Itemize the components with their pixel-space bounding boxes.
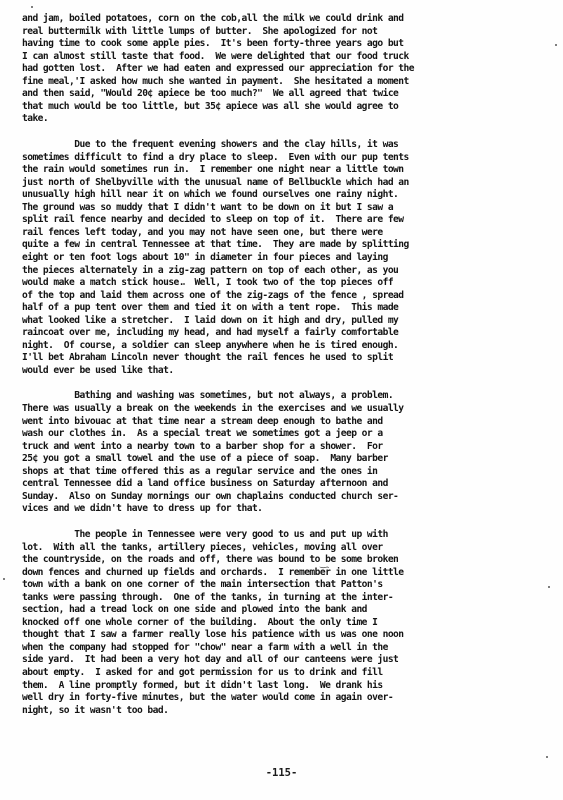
text-line: tanks were passing through. One of the t…: [22, 592, 393, 604]
text-line: the countryside, on the roads and off, t…: [22, 554, 398, 566]
text-line: them. A line promptly formed, but it did…: [22, 680, 383, 692]
text-line: of the top and laid them across one of t…: [22, 290, 404, 302]
text-line: thought that I saw a farmer really lose …: [22, 629, 404, 641]
text-line: real buttermilk with little lumps of but…: [22, 26, 377, 38]
typewritten-page: and jam, boiled potatoes, corn on the co…: [0, 0, 563, 800]
text-line: went into bivouac at that time near a st…: [22, 416, 383, 428]
text-line: I'll bet Abraham Lincoln never thought t…: [22, 352, 393, 364]
text-line: would ever be used like that.: [22, 365, 174, 377]
text-line: had gotten lost. After we had eaten and …: [22, 63, 414, 75]
text-line: section, had a tread lock on one side an…: [22, 604, 367, 616]
text-line: There was usually a break on the weekend…: [22, 403, 404, 415]
text-line: central Tennessee did a land office busi…: [22, 478, 388, 490]
text-line: just north of Shelbyville with the unusu…: [22, 177, 409, 189]
scan-speck: [3, 578, 5, 580]
text-line: that much would be too little, but 35¢ a…: [22, 101, 398, 113]
text-line: half of a pup tent over them and tied it…: [22, 302, 398, 314]
text-line: would make a match stick house. Well, I …: [22, 277, 393, 289]
text-line: side yard. It had been a very hot day an…: [22, 654, 398, 666]
text-line: knocked off one whole corner of the buil…: [22, 617, 377, 629]
text-line: split rail fence nearby and decided to s…: [22, 214, 404, 226]
text-line: down fences and churned up fields and or…: [22, 567, 404, 579]
page-number: -115-: [0, 767, 563, 779]
scan-speck: [183, 283, 185, 285]
text-line: I can almost still taste that food. We w…: [22, 51, 409, 63]
text-line: Bathing and washing was sometimes, but n…: [22, 390, 393, 402]
text-line: night. Of course, a soldier can sleep an…: [22, 340, 398, 352]
text-line: about empty. I asked for and got permiss…: [22, 667, 383, 679]
text-line: raincoat over me, including my head, and…: [22, 327, 398, 339]
text-line: and then said, "Would 20¢ apiece be too …: [22, 88, 398, 100]
scan-speck: [548, 586, 550, 588]
text-line: sometimes difficult to find a dry place …: [22, 152, 409, 164]
text-line: take.: [22, 113, 48, 125]
text-line: night, so it wasn't too bad.: [22, 705, 168, 717]
text-line: having time to cook some apple pies. It'…: [22, 38, 404, 50]
text-line: 25¢ you got a small towel and the use of…: [22, 453, 388, 465]
text-line: the rain would sometimes run in. I remem…: [22, 164, 404, 176]
text-line: truck and went into a nearby town to a b…: [22, 441, 383, 453]
text-line: rail fences left today, and you may not …: [22, 227, 383, 239]
text-line: vices and we didn't have to dress up for…: [22, 503, 262, 515]
scan-speck: [31, 6, 33, 8]
text-line: well dry in forty-five minutes, but the …: [22, 692, 393, 704]
text-line: unusually high hill near it on which we …: [22, 189, 398, 201]
text-line: wash our clothes in. As a special treat …: [22, 428, 383, 440]
scan-speck: [555, 44, 557, 46]
text-line: lot. With all the tanks, artillery piece…: [22, 542, 383, 554]
text-line: quite a few in central Tennessee at that…: [22, 239, 409, 251]
text-line: and jam, boiled potatoes, corn on the co…: [22, 13, 404, 25]
text-line: Due to the frequent evening showers and …: [22, 139, 398, 151]
text-line: fine meal,'I asked how much she wanted i…: [22, 76, 409, 88]
text-line: when the company had stopped for "chow" …: [22, 642, 388, 654]
text-line: The people in Tennessee were very good t…: [22, 529, 388, 541]
text-line: The ground was so muddy that I didn't wa…: [22, 202, 393, 214]
text-line: the pieces alternately in a zig-zag patt…: [22, 265, 398, 277]
text-line: what looked like a stretcher. I laid dow…: [22, 315, 398, 327]
scan-speck: [546, 756, 548, 758]
text-line: eight or ten foot logs about 10" in diam…: [22, 252, 388, 264]
text-line: shops at that time offered this as a reg…: [22, 466, 377, 478]
text-line: Sunday. Also on Sunday mornings our own …: [22, 491, 398, 503]
text-line: town with a bank on one corner of the ma…: [22, 579, 383, 591]
handwritten-insertion-mark: ‿‸: [320, 560, 329, 568]
